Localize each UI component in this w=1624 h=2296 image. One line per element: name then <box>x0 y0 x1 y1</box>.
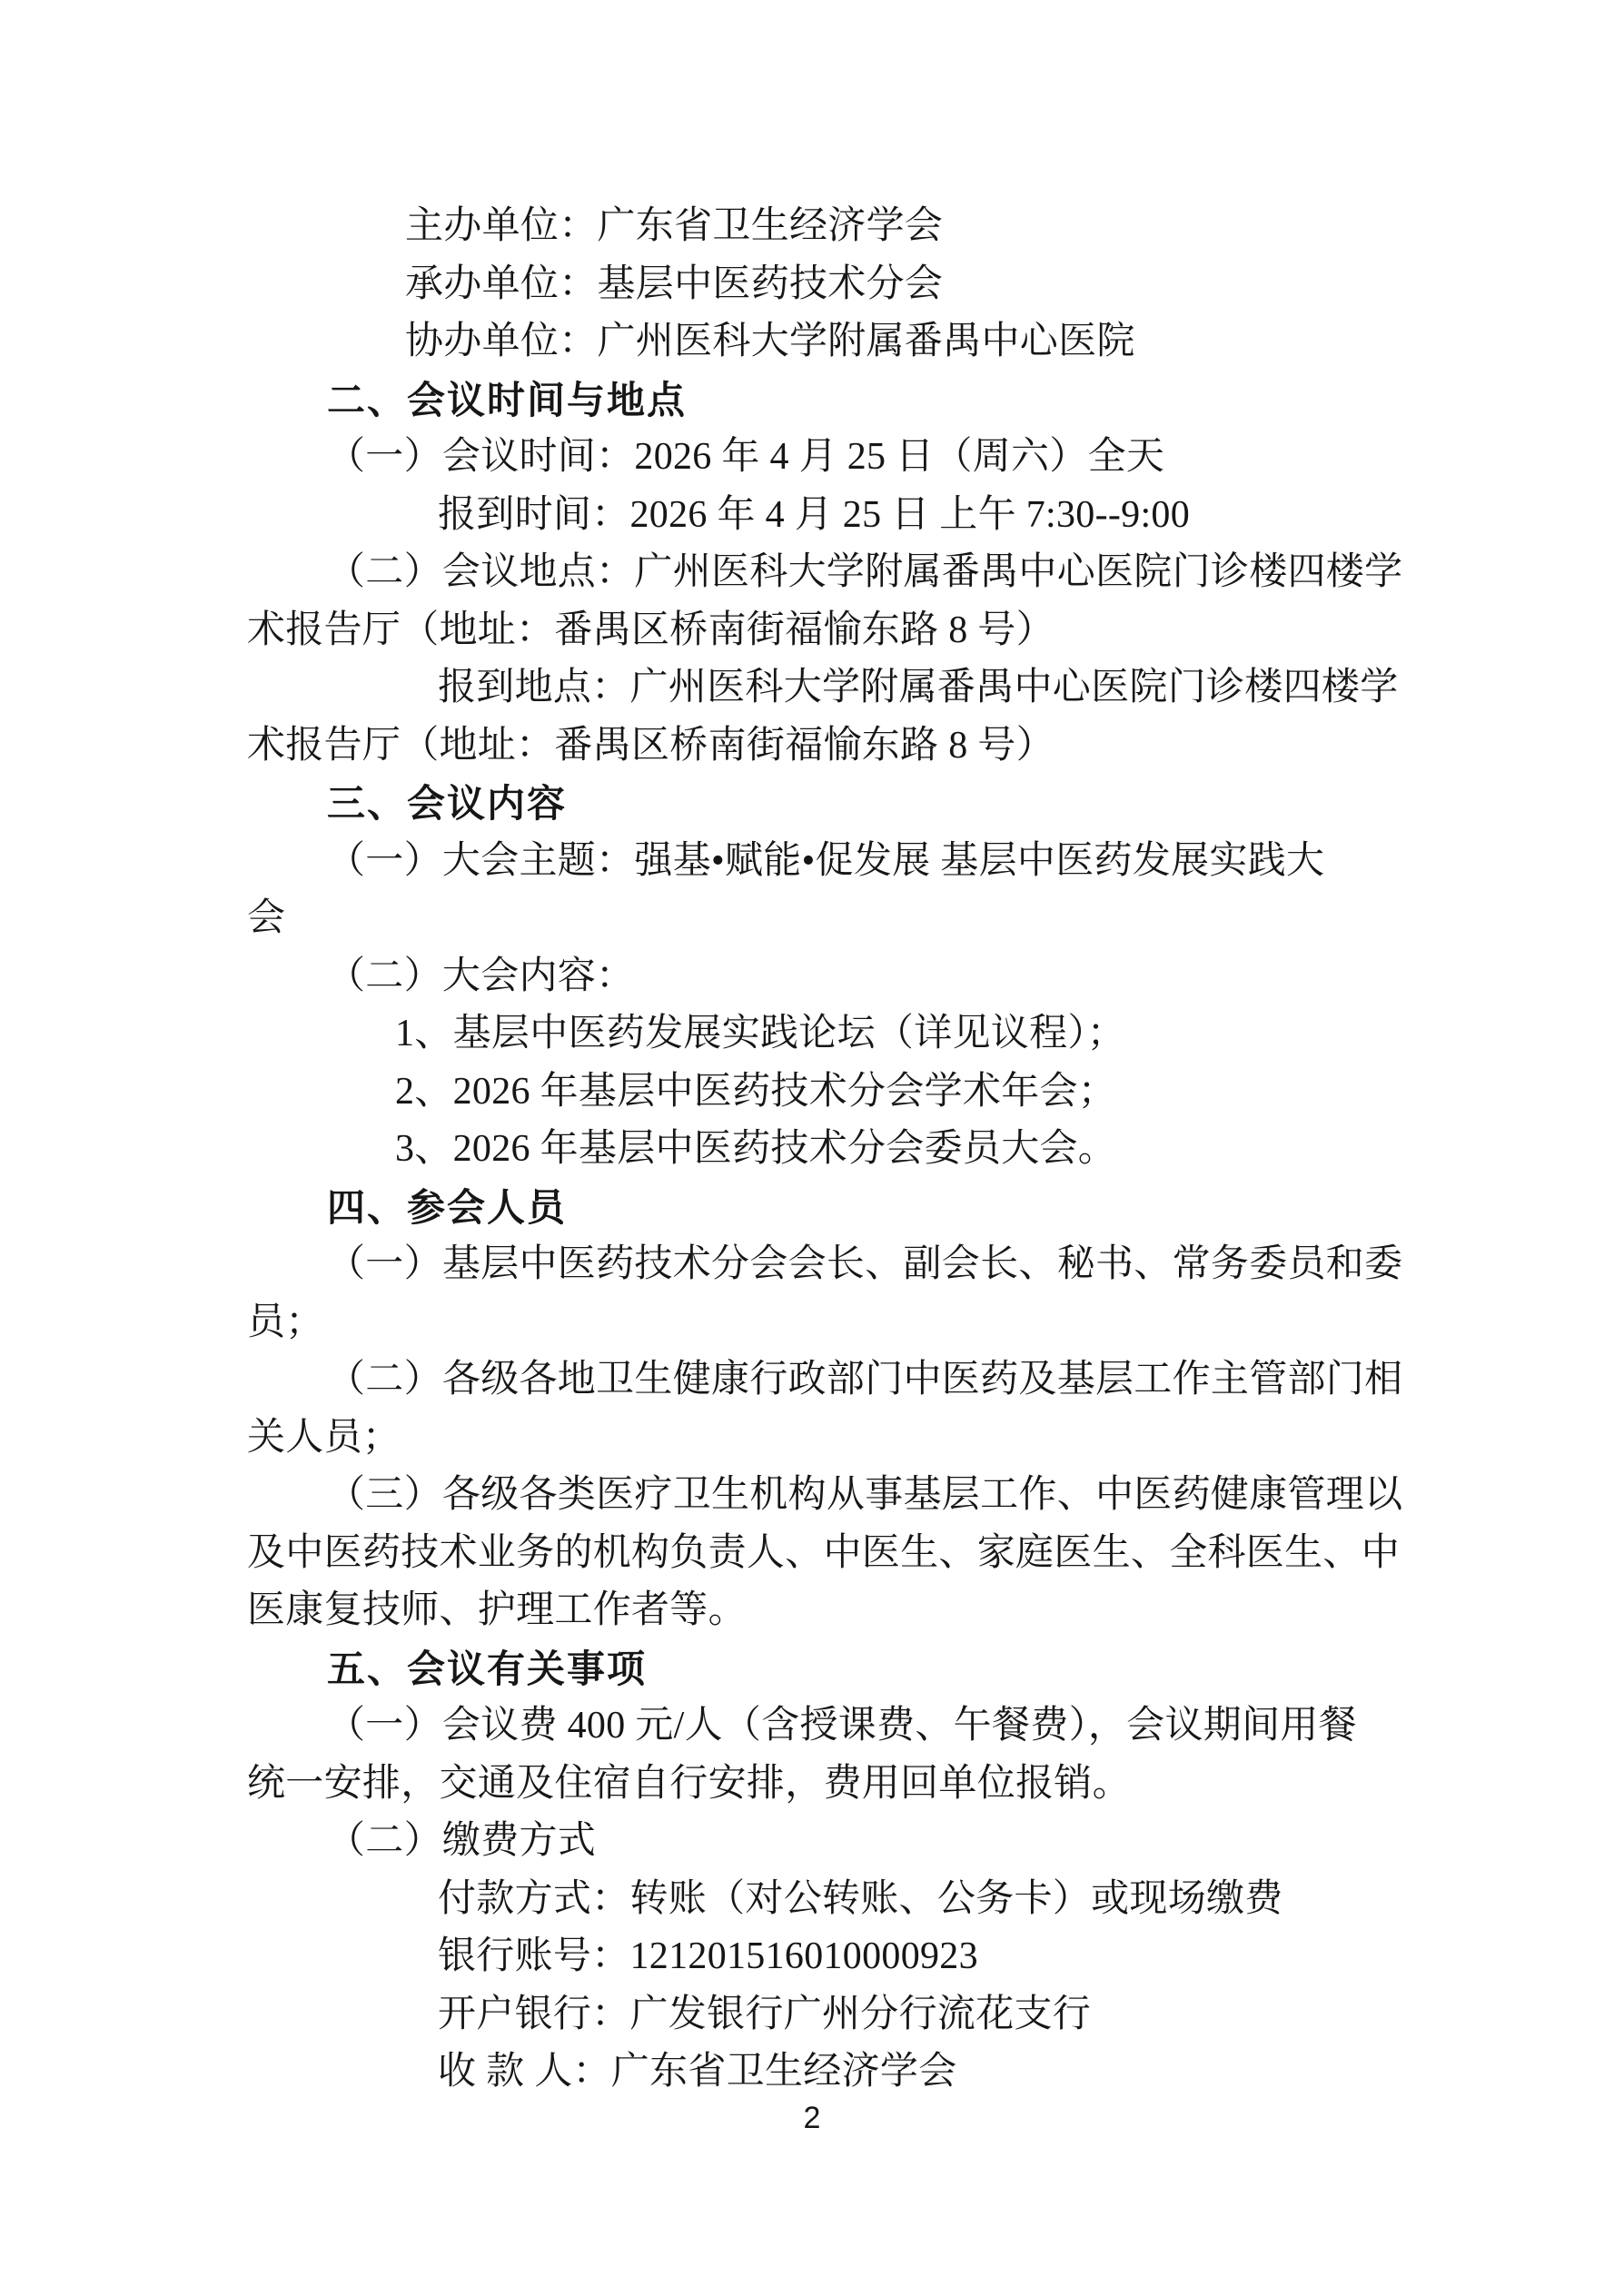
attendee-group-2-continuation-line: 关人员； <box>247 1410 1401 1468</box>
section-heading-2: 二、会议时间与地点 <box>247 371 1401 430</box>
payee-line: 收 款 人：广东省卫生经济学会 <box>247 2044 1401 2102</box>
section-heading-5: 五、会议有关事项 <box>247 1640 1401 1698</box>
conference-fee-continuation-line: 统一安排，交通及住宿自行安排，费用回单位报销。 <box>247 1756 1401 1814</box>
attendee-group-1-line: （一）基层中医药技术分会会长、副会长、秘书、常务委员和委 <box>247 1236 1401 1294</box>
agenda-item-1-line: 1、基层中医药发展实践论坛（详见议程）； <box>247 1005 1401 1064</box>
co-organizing-unit-line: 协办单位：广州医科大学附属番禺中心医院 <box>247 313 1401 371</box>
page-number: 2 <box>0 2100 1624 2136</box>
conference-theme-continuation-line: 会 <box>247 890 1401 948</box>
document-page: 主办单位：广东省卫生经济学会 承办单位：基层中医药技术分会 协办单位：广州医科大… <box>0 0 1624 2296</box>
agenda-item-2-line: 2、2026 年基层中医药技术分会学术年会； <box>247 1064 1401 1122</box>
meeting-venue-continuation-line: 术报告厅（地址：番禺区桥南街福愉东路 8 号） <box>247 602 1401 660</box>
attendee-group-3-continuation-line-2: 医康复技师、护理工作者等。 <box>247 1582 1401 1640</box>
agenda-item-3-line: 3、2026 年基层中医药技术分会委员大会。 <box>247 1121 1401 1179</box>
payment-method-intro-line: （二）缴费方式 <box>247 1813 1401 1871</box>
registration-venue-line: 报到地点：广州医科大学附属番禺中心医院门诊楼四楼学 <box>247 659 1401 717</box>
section-heading-4: 四、参会人员 <box>247 1179 1401 1237</box>
conference-fee-line: （一）会议费 400 元/人（含授课费、午餐费），会议期间用餐 <box>247 1697 1401 1756</box>
attendee-group-3-continuation-line-1: 及中医药技术业务的机构负责人、中医生、家庭医生、全科医生、中 <box>247 1525 1401 1583</box>
bank-account-line: 银行账号：121201516010000923 <box>247 1928 1401 1986</box>
meeting-time-line: （一）会议时间：2026 年 4 月 25 日（周六）全天 <box>247 429 1401 487</box>
attendee-group-1-continuation-line: 员； <box>247 1294 1401 1352</box>
conference-theme-line: （一）大会主题：强基•赋能•促发展 基层中医药发展实践大 <box>247 833 1401 891</box>
section-heading-3: 三、会议内容 <box>247 775 1401 833</box>
bank-name-line: 开户银行：广发银行广州分行流花支行 <box>247 1986 1401 2044</box>
conference-content-intro-line: （二）大会内容： <box>247 948 1401 1006</box>
attendee-group-3-line: （三）各级各类医疗卫生机构从事基层工作、中医药健康管理以 <box>247 1467 1401 1525</box>
undertaking-unit-line: 承办单位：基层中医药技术分会 <box>247 256 1401 314</box>
meeting-venue-line: （二）会议地点：广州医科大学附属番禺中心医院门诊楼四楼学 <box>247 544 1401 602</box>
payment-method-line: 付款方式：转账（对公转账、公务卡）或现场缴费 <box>247 1871 1401 1929</box>
host-unit-line: 主办单位：广东省卫生经济学会 <box>247 198 1401 256</box>
document-text-block: 主办单位：广东省卫生经济学会 承办单位：基层中医药技术分会 协办单位：广州医科大… <box>247 198 1401 2102</box>
registration-venue-continuation-line: 术报告厅（地址：番禺区桥南街福愉东路 8 号） <box>247 717 1401 776</box>
attendee-group-2-line: （二）各级各地卫生健康行政部门中医药及基层工作主管部门相 <box>247 1351 1401 1410</box>
registration-time-line: 报到时间：2026 年 4 月 25 日 上午 7:30--9:00 <box>247 487 1401 545</box>
